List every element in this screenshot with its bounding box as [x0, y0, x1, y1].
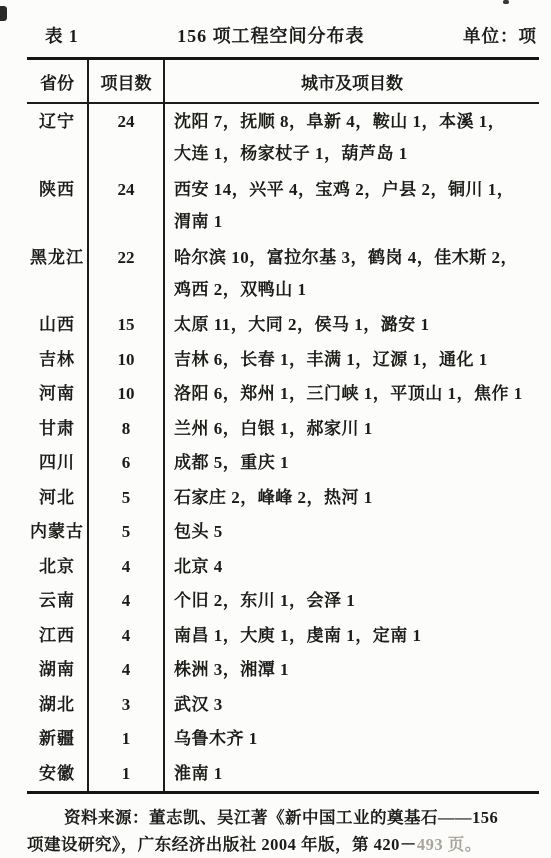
project-count-cell: 10: [89, 377, 165, 412]
table-row: 新疆1乌鲁木齐 1: [27, 722, 539, 757]
city-list-line: 武汉 3: [174, 688, 539, 723]
city-list-line: 南昌 1，大庾 1，虔南 1，定南 1: [174, 619, 539, 654]
project-count-cell: 4: [89, 550, 165, 585]
distribution-table: 省份 项目数 城市及项目数 辽宁24沈阳 7，抚顺 8，阜新 4，鞍山 1，本溪…: [27, 57, 539, 794]
column-header-cities: 城市及项目数: [165, 60, 539, 102]
source-note-line-2-text: 项建设研究》，广东经济出版社 2004 年版，第 420－: [27, 835, 417, 854]
city-list-line: 哈尔滨 10，富拉尔基 3，鹤岗 4，佳木斯 2，: [174, 242, 539, 274]
cities-cell: 西安 14，兴平 4，宝鸡 2，户县 2，铜川 1，渭南 1: [165, 172, 539, 240]
cities-cell: 北京 4: [165, 550, 539, 585]
city-list-line: 淮南 1: [174, 757, 539, 792]
project-count-cell: 3: [89, 688, 165, 723]
cities-cell: 包头 5: [165, 515, 539, 550]
city-list-line: 鸡西 2，双鸭山 1: [174, 274, 539, 306]
project-count-cell: 4: [89, 584, 165, 619]
table-caption: 表 1 156 项工程空间分布表 单位：项: [27, 26, 539, 48]
province-cell: 甘肃: [27, 412, 89, 447]
table-row: 湖北3武汉 3: [27, 688, 539, 723]
source-note-line-2: 项建设研究》，广东经济出版社 2004 年版，第 420－493 页。: [27, 831, 539, 858]
table-row: 云南4个旧 2，东川 1，会泽 1: [27, 584, 539, 619]
cities-cell: 乌鲁木齐 1: [165, 722, 539, 757]
city-list-line: 洛阳 6，郑州 1，三门峡 1，平顶山 1，焦作 1: [174, 377, 539, 412]
cities-cell: 成都 5，重庆 1: [165, 446, 539, 481]
project-count-cell: 22: [89, 240, 165, 308]
project-count-cell: 8: [89, 412, 165, 447]
city-list-line: 兰州 6，白银 1，郝家川 1: [174, 412, 539, 447]
province-cell: 辽宁: [27, 104, 89, 172]
project-count-cell: 5: [89, 481, 165, 516]
city-list-line: 北京 4: [174, 550, 539, 585]
project-count-cell: 24: [89, 172, 165, 240]
city-list-line: 吉林 6，长春 1，丰满 1，辽源 1，通化 1: [174, 343, 539, 378]
cities-cell: 哈尔滨 10，富拉尔基 3，鹤岗 4，佳木斯 2，鸡西 2，双鸭山 1: [165, 240, 539, 308]
table-row: 江西4南昌 1，大庾 1，虔南 1，定南 1: [27, 619, 539, 654]
table-row: 四川6成都 5，重庆 1: [27, 446, 539, 481]
table-row: 陕西24西安 14，兴平 4，宝鸡 2，户县 2，铜川 1，渭南 1: [27, 172, 539, 240]
source-note-line-2-faded: 493 页。: [417, 835, 482, 854]
table-row: 辽宁24沈阳 7，抚顺 8，阜新 4，鞍山 1，本溪 1，大连 1，杨家杖子 1…: [27, 104, 539, 172]
source-note-line-1: 资料来源：董志凯、吴江著《新中国工业的奠基石——156: [27, 804, 539, 831]
table-row: 黑龙江22哈尔滨 10，富拉尔基 3，鹤岗 4，佳木斯 2，鸡西 2，双鸭山 1: [27, 240, 539, 308]
cities-cell: 吉林 6，长春 1，丰满 1，辽源 1，通化 1: [165, 343, 539, 378]
province-cell: 湖北: [27, 688, 89, 723]
table-row: 甘肃8兰州 6，白银 1，郝家川 1: [27, 412, 539, 447]
province-cell: 湖南: [27, 653, 89, 688]
cities-cell: 太原 11，大同 2，侯马 1，潞安 1: [165, 308, 539, 343]
table-row: 安徽1淮南 1: [27, 757, 539, 792]
unit-label: 单位：项: [463, 23, 539, 48]
scan-artifact: [503, 0, 509, 4]
table-row: 内蒙古5包头 5: [27, 515, 539, 550]
project-count-cell: 5: [89, 515, 165, 550]
table-row: 河南10洛阳 6，郑州 1，三门峡 1，平顶山 1，焦作 1: [27, 377, 539, 412]
city-list-line: 株洲 3，湘潭 1: [174, 653, 539, 688]
city-list-line: 成都 5，重庆 1: [174, 446, 539, 481]
province-cell: 安徽: [27, 757, 89, 792]
city-list-line: 西安 14，兴平 4，宝鸡 2，户县 2，铜川 1，: [174, 174, 539, 206]
table-row: 吉林10吉林 6，长春 1，丰满 1，辽源 1，通化 1: [27, 343, 539, 378]
scan-artifact: [0, 6, 7, 21]
city-list-line: 太原 11，大同 2，侯马 1，潞安 1: [174, 308, 539, 343]
project-count-cell: 15: [89, 308, 165, 343]
city-list-line: 渭南 1: [174, 206, 539, 238]
province-cell: 新疆: [27, 722, 89, 757]
project-count-cell: 4: [89, 619, 165, 654]
cities-cell: 洛阳 6，郑州 1，三门峡 1，平顶山 1，焦作 1: [165, 377, 539, 412]
table-number-label: 表 1: [27, 23, 79, 48]
city-list-line: 大连 1，杨家杖子 1，葫芦岛 1: [174, 138, 539, 170]
column-header-project-count: 项目数: [89, 60, 165, 102]
cities-cell: 南昌 1，大庾 1，虔南 1，定南 1: [165, 619, 539, 654]
project-count-cell: 1: [89, 722, 165, 757]
province-cell: 山西: [27, 308, 89, 343]
table-title: 156 项工程空间分布表: [177, 22, 365, 48]
city-list-line: 包头 5: [174, 515, 539, 550]
province-cell: 河南: [27, 377, 89, 412]
city-list-line: 个旧 2，东川 1，会泽 1: [174, 584, 539, 619]
table-row: 湖南4株洲 3，湘潭 1: [27, 653, 539, 688]
project-count-cell: 1: [89, 757, 165, 792]
table-header-row: 省份 项目数 城市及项目数: [27, 60, 539, 104]
province-cell: 江西: [27, 619, 89, 654]
cities-cell: 沈阳 7，抚顺 8，阜新 4，鞍山 1，本溪 1，大连 1，杨家杖子 1，葫芦岛…: [165, 104, 539, 172]
cities-cell: 武汉 3: [165, 688, 539, 723]
table-row: 北京4北京 4: [27, 550, 539, 585]
cities-cell: 个旧 2，东川 1，会泽 1: [165, 584, 539, 619]
table-row: 河北5石家庄 2，峰峰 2，热河 1: [27, 481, 539, 516]
cities-cell: 淮南 1: [165, 757, 539, 792]
province-cell: 陕西: [27, 172, 89, 240]
province-cell: 云南: [27, 584, 89, 619]
province-cell: 黑龙江: [27, 240, 89, 308]
province-cell: 北京: [27, 550, 89, 585]
project-count-cell: 6: [89, 446, 165, 481]
source-note: 资料来源：董志凯、吴江著《新中国工业的奠基石——156 项建设研究》，广东经济出…: [27, 804, 539, 858]
project-count-cell: 4: [89, 653, 165, 688]
project-count-cell: 24: [89, 104, 165, 172]
cities-cell: 株洲 3，湘潭 1: [165, 653, 539, 688]
table-row: 山西15太原 11，大同 2，侯马 1，潞安 1: [27, 308, 539, 343]
province-cell: 河北: [27, 481, 89, 516]
document-page: 表 1 156 项工程空间分布表 单位：项 省份 项目数 城市及项目数 辽宁24…: [0, 0, 551, 858]
project-count-cell: 10: [89, 343, 165, 378]
cities-cell: 石家庄 2，峰峰 2，热河 1: [165, 481, 539, 516]
province-cell: 四川: [27, 446, 89, 481]
city-list-line: 乌鲁木齐 1: [174, 722, 539, 757]
column-header-province: 省份: [27, 60, 89, 102]
table-body: 辽宁24沈阳 7，抚顺 8，阜新 4，鞍山 1，本溪 1，大连 1，杨家杖子 1…: [27, 104, 539, 791]
city-list-line: 沈阳 7，抚顺 8，阜新 4，鞍山 1，本溪 1，: [174, 106, 539, 138]
province-cell: 内蒙古: [27, 515, 89, 550]
province-cell: 吉林: [27, 343, 89, 378]
city-list-line: 石家庄 2，峰峰 2，热河 1: [174, 481, 539, 516]
cities-cell: 兰州 6，白银 1，郝家川 1: [165, 412, 539, 447]
